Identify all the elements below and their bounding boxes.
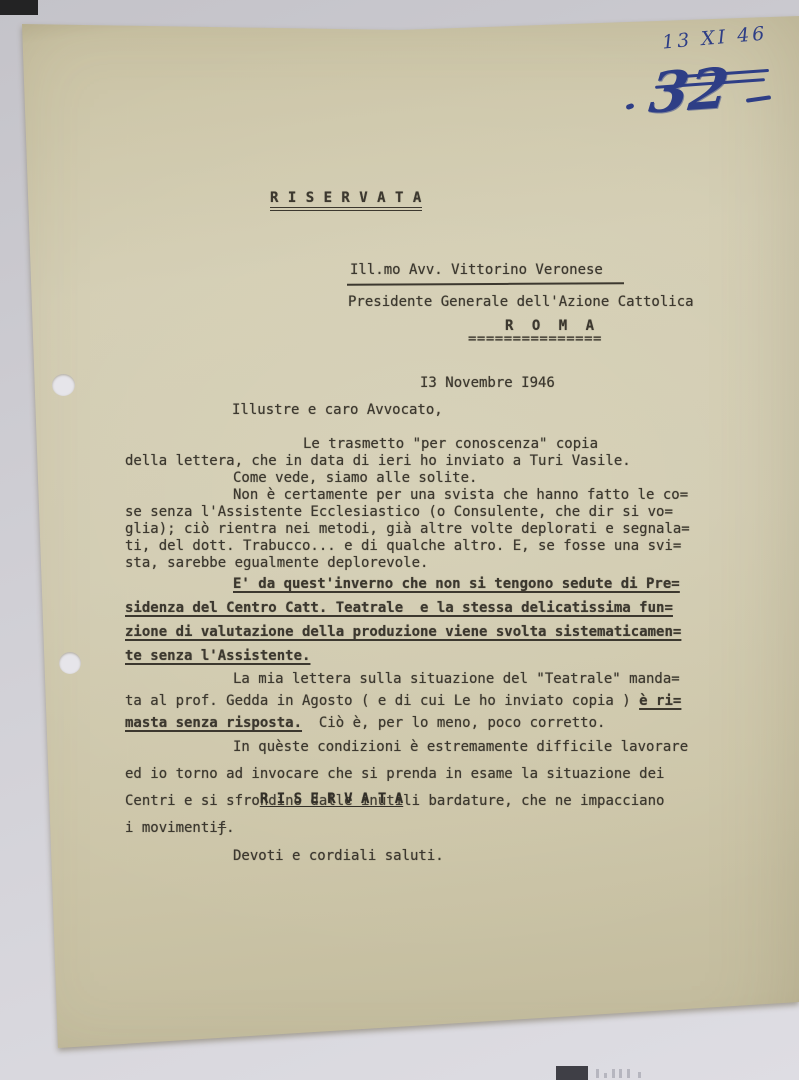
bottom-edge-mark — [612, 1069, 615, 1078]
letter-page: 13 XI 46 32 R I S E R V A T A Ill.mo Avv… — [0, 0, 799, 1080]
bottom-edge-mark — [638, 1072, 641, 1078]
body-line: Le trasmetto "per conoscenza" copia — [125, 436, 725, 453]
paragraph-4: La mia lettera sulla situazione del "Tea… — [125, 668, 725, 734]
body-line: In quèste condizioni è estremamente diff… — [125, 734, 725, 761]
body-line: i movimentiƒ. — [125, 815, 725, 842]
body-line: ti, del dott. Trabucco... e di qualche a… — [125, 538, 725, 555]
bottom-edge-mark — [604, 1073, 607, 1078]
body-line: te senza l'Assistente. — [125, 644, 725, 668]
recipient-name-underline — [347, 282, 624, 285]
body-line: ta al prof. Gedda in Agosto ( e di cui L… — [125, 690, 725, 712]
overstruck-text: ndino dalle inutiR I S E R V A T A — [260, 788, 403, 815]
body-line: E' da quest'inverno che non si tengono s… — [125, 572, 725, 596]
paragraph-3-underlined: E' da quest'inverno che non si tengono s… — [125, 572, 725, 668]
bottom-edge-mark — [596, 1069, 599, 1078]
handwritten-date-annotation: 13 XI 46 — [661, 22, 768, 53]
recipient-title: Presidente Generale dell'Azione Cattolic… — [348, 294, 694, 310]
pen-dot-icon — [625, 103, 634, 110]
body-line: Non è certamente per una svista che hann… — [125, 487, 725, 504]
paragraph-2: Non è certamente per una svista che hann… — [125, 487, 725, 572]
body-line: Come vede, siamo alle solite. — [125, 470, 725, 487]
archive-number: 32 — [646, 55, 732, 126]
paragraph-1: Le trasmetto "per conoscenza" copia dell… — [125, 436, 725, 487]
body-line: Centri e si sfrondino dalle inutiR I S E… — [125, 788, 725, 815]
body-line: La mia lettera sulla situazione del "Tea… — [125, 668, 725, 690]
recipient-city-underline: =============== — [468, 331, 602, 347]
struck-character: ƒ — [218, 820, 226, 836]
scanned-letter-photo: 13 XI 46 32 R I S E R V A T A Ill.mo Avv… — [0, 0, 799, 1080]
classification-heading: R I S E R V A T A — [270, 190, 422, 211]
punch-hole — [52, 374, 75, 396]
letter-body: Le trasmetto "per conoscenza" copia dell… — [125, 436, 725, 865]
body-line: della lettera, che in data di ieri ho in… — [125, 453, 725, 470]
paragraph-5: In quèste condizioni è estremamente diff… — [125, 734, 725, 842]
salutation: Illustre e caro Avvocato, — [232, 402, 443, 418]
body-line: glia); ciò rientra nei metodi, già altre… — [125, 521, 725, 538]
body-line: sidenza del Centro Catt. Teatrale e la s… — [125, 596, 725, 620]
closing-line: Devoti e cordiali saluti. — [125, 848, 725, 865]
body-line: se senza l'Assistente Ecclesiastico (o C… — [125, 504, 725, 521]
body-line: ed io torno ad invocare che si prenda in… — [125, 761, 725, 788]
bottom-edge-mark — [619, 1069, 622, 1078]
bottom-edge-object — [556, 1066, 588, 1080]
bottom-edge-mark — [627, 1069, 630, 1078]
body-line: sta, sarebbe egualmente deplorevole. — [125, 555, 725, 572]
recipient-name: Ill.mo Avv. Vittorino Veronese — [350, 262, 603, 278]
body-line: zione di valutazione della produzione vi… — [125, 620, 725, 644]
pen-dash-icon — [746, 95, 771, 102]
overtyped-riservata: R I S E R V A T A — [260, 786, 403, 813]
letter-date: I3 Novembre I946 — [420, 375, 555, 391]
punch-hole — [59, 652, 81, 674]
body-line: masta senza risposta. Ciò è, per lo meno… — [125, 712, 725, 734]
underlined-phrase: masta senza risposta. — [125, 715, 302, 731]
underlined-phrase: è ri= — [639, 693, 681, 709]
